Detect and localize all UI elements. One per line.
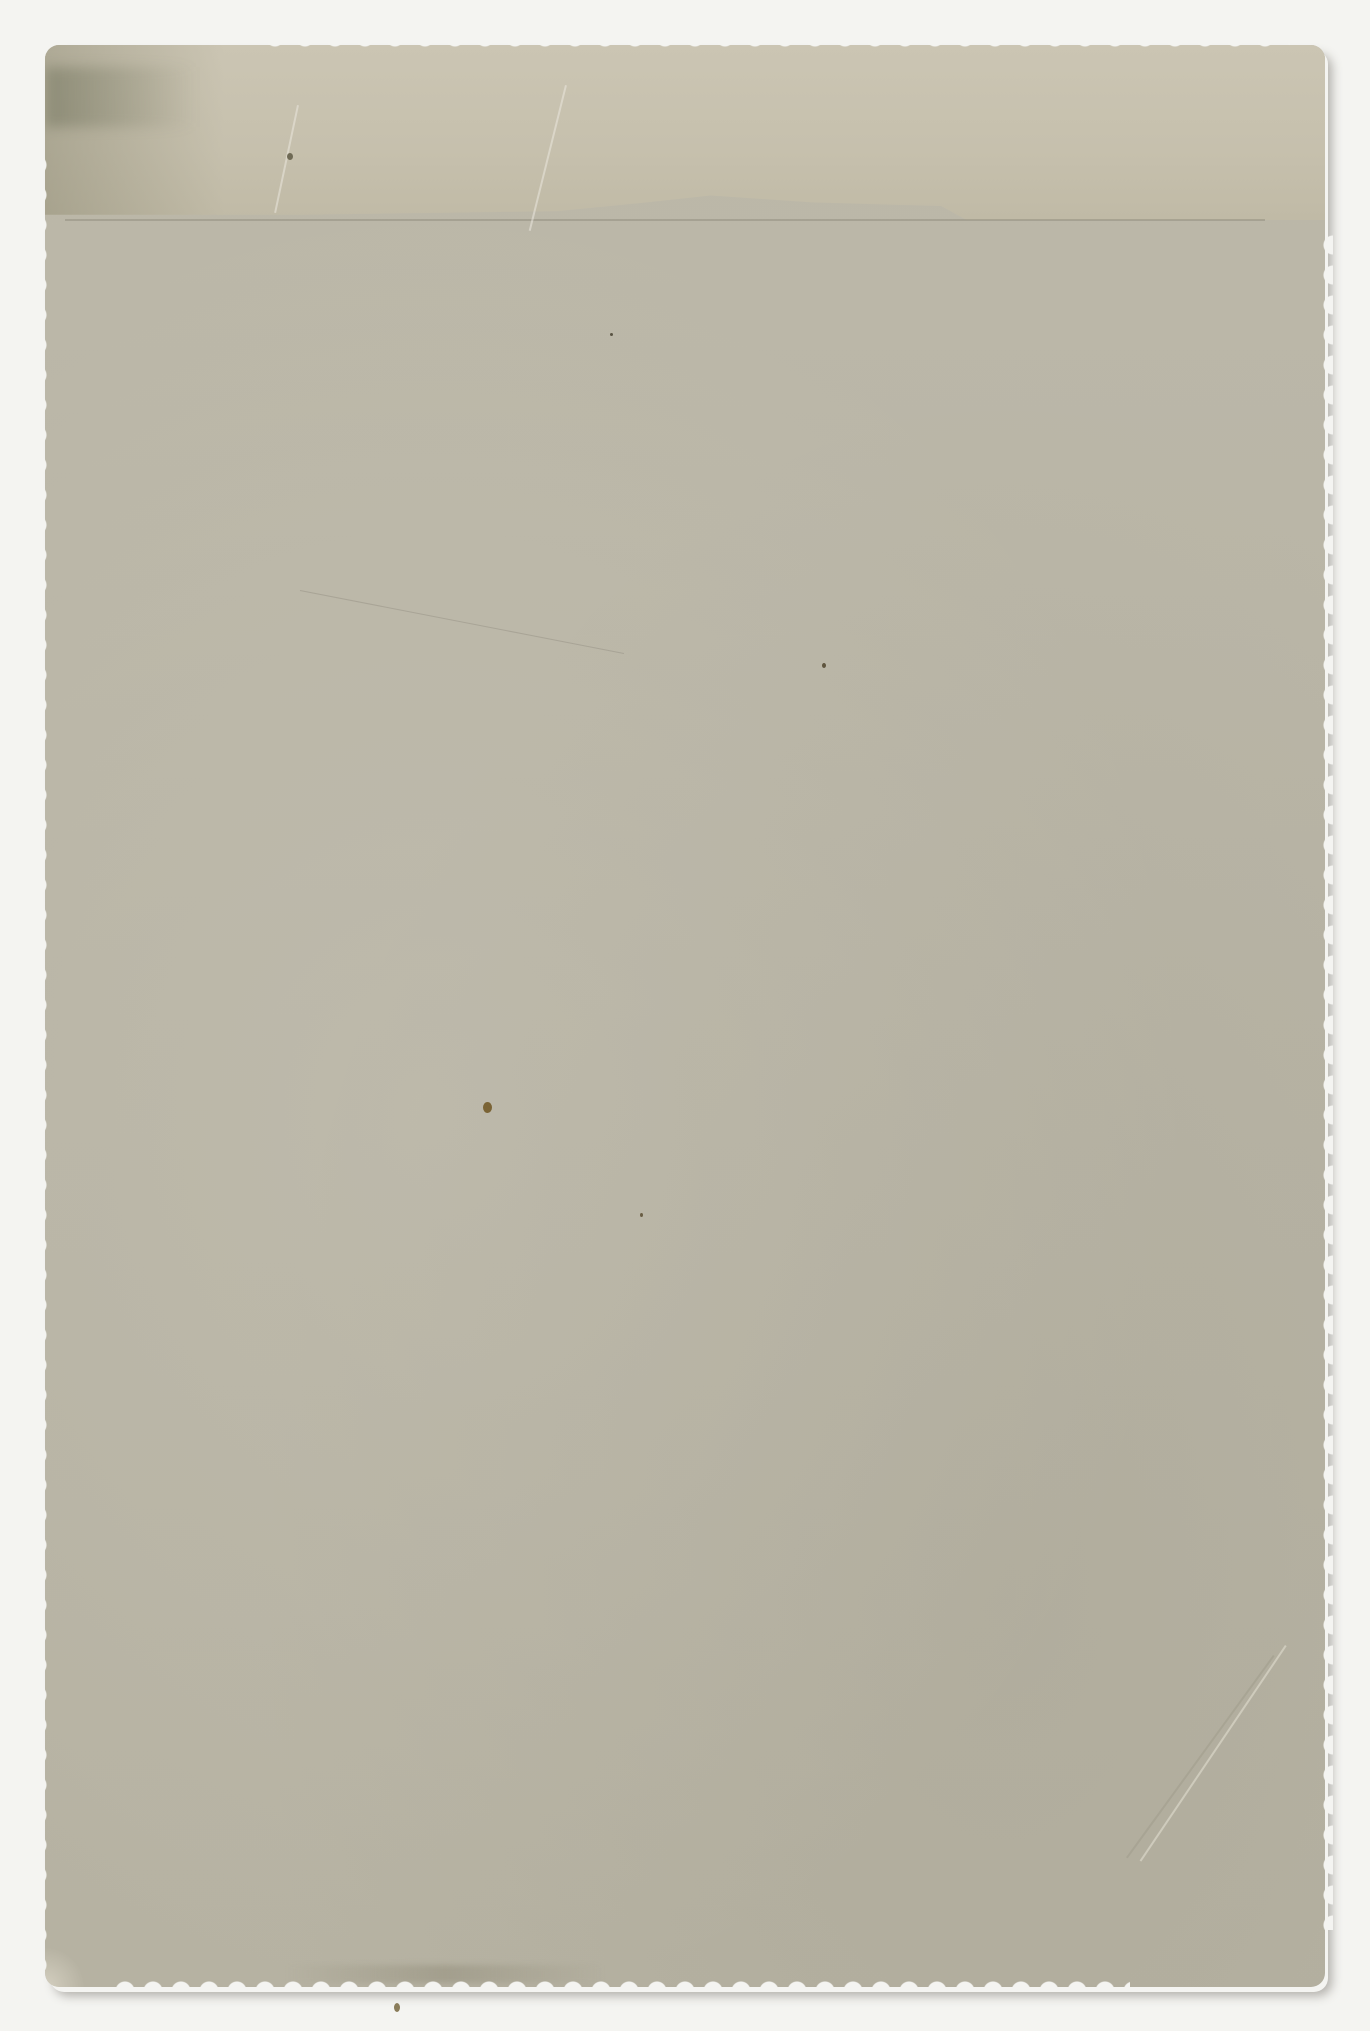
foxing-spot bbox=[822, 663, 826, 668]
foxing-spot bbox=[640, 1213, 643, 1217]
foxing-spot bbox=[483, 1102, 492, 1113]
foxing-spot bbox=[610, 333, 613, 336]
faint-scratch bbox=[300, 590, 624, 654]
torn-paper-strip bbox=[45, 45, 1325, 220]
crease bbox=[1140, 1645, 1287, 1862]
foxing-spot bbox=[287, 153, 293, 160]
crease bbox=[1126, 1655, 1275, 1858]
corner-wear bbox=[45, 1947, 85, 1987]
stain bbox=[285, 1965, 605, 1983]
strip-seam bbox=[65, 219, 1265, 221]
stray-mark bbox=[394, 2003, 400, 2012]
stain bbox=[45, 67, 195, 127]
card-back bbox=[45, 45, 1325, 1987]
